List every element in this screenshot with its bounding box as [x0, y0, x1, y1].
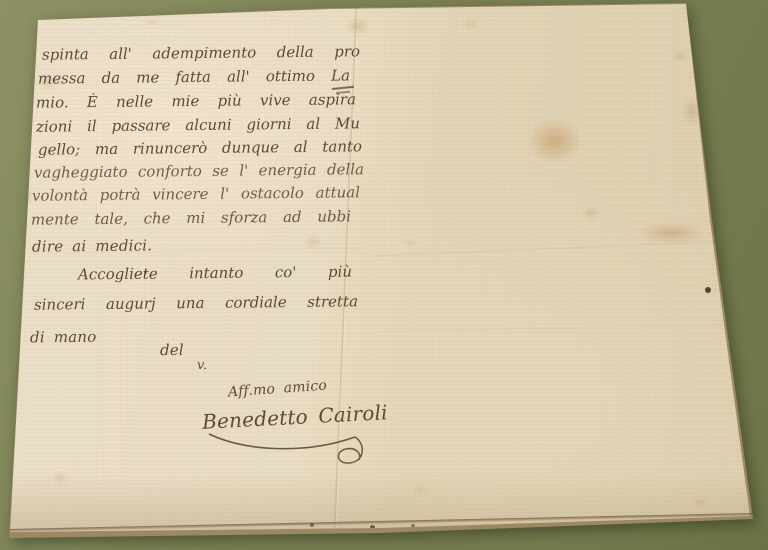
handwritten-line: v. [197, 358, 208, 373]
handwritten-line: spinta all' adempimento della pro [42, 42, 360, 63]
handwritten-line: volontà potrà vincere l' ostacolo attual [32, 183, 360, 204]
foxing-stain [739, 403, 747, 415]
letter-sheet: spinta all' adempimento della promessa d… [0, 0, 768, 550]
handwritten-line: vagheggiato conforto se l' energia della [34, 160, 364, 181]
signature-flourish [205, 424, 375, 474]
valediction: Aff.mo amico [228, 378, 328, 401]
handwritten-line: mente tale, che mi sforza ad ubbi [31, 207, 351, 228]
handwritten-line: mio. È nelle mie più vive aspira [36, 90, 356, 111]
handwritten-line: zioni il passare alcuni giorni al Mu [36, 114, 360, 135]
handwritten-line: Accogliete intanto co' più [78, 263, 352, 284]
handwritten-line: sinceri augurj una cordiale stretta [34, 292, 358, 313]
photo-of-letter: spinta all' adempimento della promessa d… [0, 0, 768, 550]
handwritten-line: del [160, 341, 184, 359]
handwritten-line: messa da me fatta all' ottimo La [38, 66, 350, 87]
letter-text-layer: spinta all' adempimento della promessa d… [0, 0, 768, 550]
handwritten-line: dire ai medici. [32, 236, 152, 255]
handwritten-line: gello; ma rinuncerò dunque al tanto [38, 137, 362, 158]
paper-bifolium: spinta all' adempimento della promessa d… [0, 0, 768, 550]
handwritten-line: di mano [30, 328, 97, 347]
